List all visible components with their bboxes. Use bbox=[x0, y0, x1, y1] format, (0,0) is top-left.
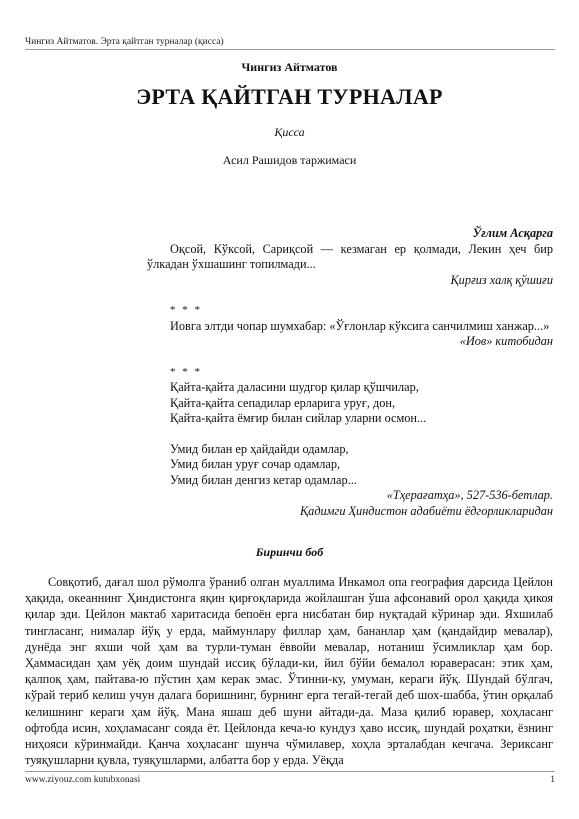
dedication: Ўғлим Асқарга bbox=[147, 226, 553, 242]
chapter-heading: Биринчи боб bbox=[0, 545, 579, 560]
chapter-paragraph: Совқотиб, дағал шол рўмолга ўраниб олган… bbox=[25, 574, 553, 768]
section-separator: * * * bbox=[147, 365, 553, 381]
epigraph-2-text: Иовга элтди чопар шумхабар: «Ўғлонлар кў… bbox=[147, 319, 553, 335]
epigraph-1-source: Қирғиз халқ қўшиғи bbox=[147, 273, 553, 289]
poem-line: Қайта-қайта ёмғир билан сийлар уларни ос… bbox=[147, 411, 553, 427]
poem-line: Умид билан ер ҳайдайди одамлар, bbox=[147, 442, 553, 458]
page-number: 1 bbox=[550, 775, 555, 785]
epigraph-1-text: Оқсой, Кўксой, Сариқсой — кезмаган ер қо… bbox=[147, 242, 553, 273]
epigraph-2-source: «Иов» китобидан bbox=[147, 334, 553, 350]
poem-line: Қайта-қайта сепадилар ерларига уруғ, дон… bbox=[147, 396, 553, 412]
translator-credit: Асил Рашидов таржимаси bbox=[0, 153, 579, 168]
author-name: Чингиз Айтматов bbox=[0, 60, 579, 75]
section-separator: * * * bbox=[147, 303, 553, 319]
running-header: Чингиз Айтматов. Эрта қайтган турналар (… bbox=[25, 37, 555, 50]
poem-line: Қайта-қайта даласини шудгор қилар қўшчил… bbox=[147, 380, 553, 396]
epigraph-3-source: «Тҳерағатҳа», 527-536-бетлар. bbox=[147, 488, 553, 504]
poem-line: Умид билан уруғ сочар одамлар, bbox=[147, 457, 553, 473]
poem-line: Умид билан денгиз кетар одамлар... bbox=[147, 473, 553, 489]
running-title: Чингиз Айтматов. Эрта қайтган турналар (… bbox=[25, 37, 224, 47]
book-title: ЭРТА ҚАЙТГАН ТУРНАЛАР bbox=[0, 84, 579, 110]
genre-label: Қисса bbox=[0, 125, 579, 140]
epigraph-block: Ўғлим Асқарга Оқсой, Кўксой, Сариқсой — … bbox=[147, 226, 553, 519]
epigraph-3-source-origin: Қадимги Ҳиндистон адабиёти ёдгорликларид… bbox=[147, 504, 553, 520]
footer-site: www.ziyouz.com kutubxonasi bbox=[25, 775, 140, 785]
running-footer: www.ziyouz.com kutubxonasi 1 bbox=[25, 771, 555, 785]
